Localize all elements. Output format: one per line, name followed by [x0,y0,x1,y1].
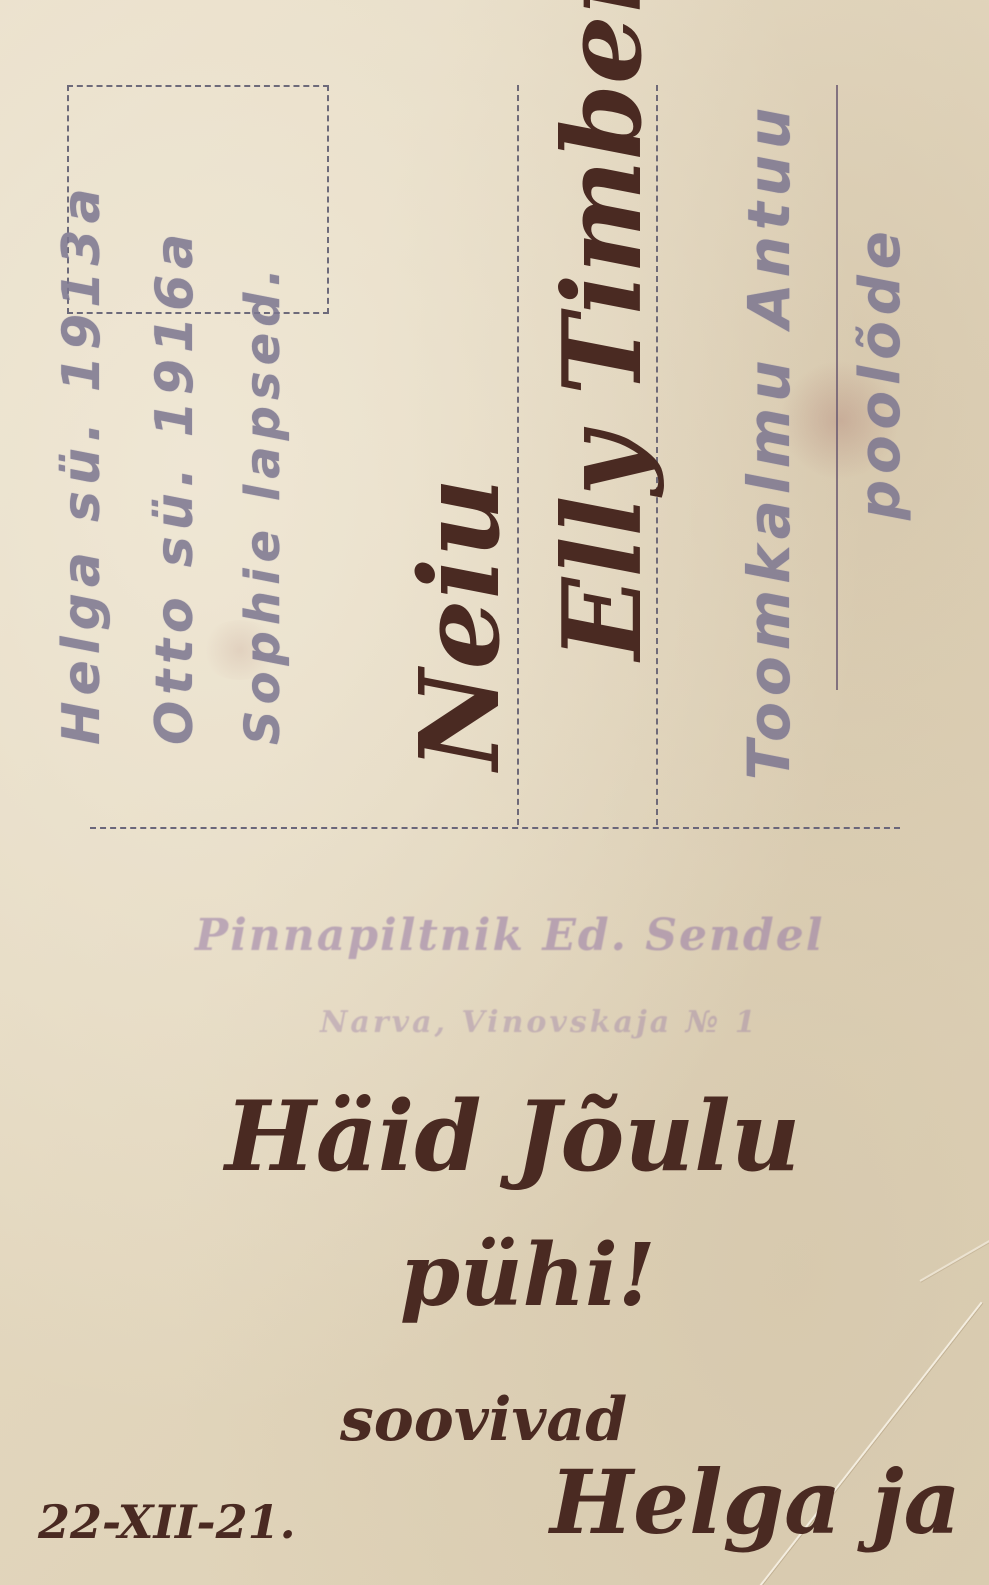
address-name: Elly Timberg [540,0,666,660]
paper-crease [920,1220,989,1282]
postcard-back: Helga sü. 1913a Otto sü. 1916a Sophie la… [0,0,989,1585]
greeting-line: Häid Jõulu [225,1080,800,1193]
greeting-line: soovivad [340,1385,627,1455]
studio-stamp-line: Narva, Vinovskaja № 1 [320,1005,759,1040]
date: 22-XII-21. [38,1495,296,1549]
divider-line [90,827,900,829]
pencil-note-line: Sophie lapsed. [235,262,291,745]
pencil-note-line: poolõde [848,225,913,520]
pencil-note-line: Otto sü. 1916a [145,228,205,745]
address-salutation: Neiu [395,478,524,770]
pencil-note-line: Toomkalmu Antuu [735,102,803,780]
greeting-line: pühi! [400,1225,656,1326]
pencil-note-line: Helga sü. 1913a [52,182,112,745]
studio-stamp-line: Pinnapiltnik Ed. Sendel [195,910,825,961]
address-line [836,85,838,690]
signature: Helga ja Otto [550,1450,989,1554]
